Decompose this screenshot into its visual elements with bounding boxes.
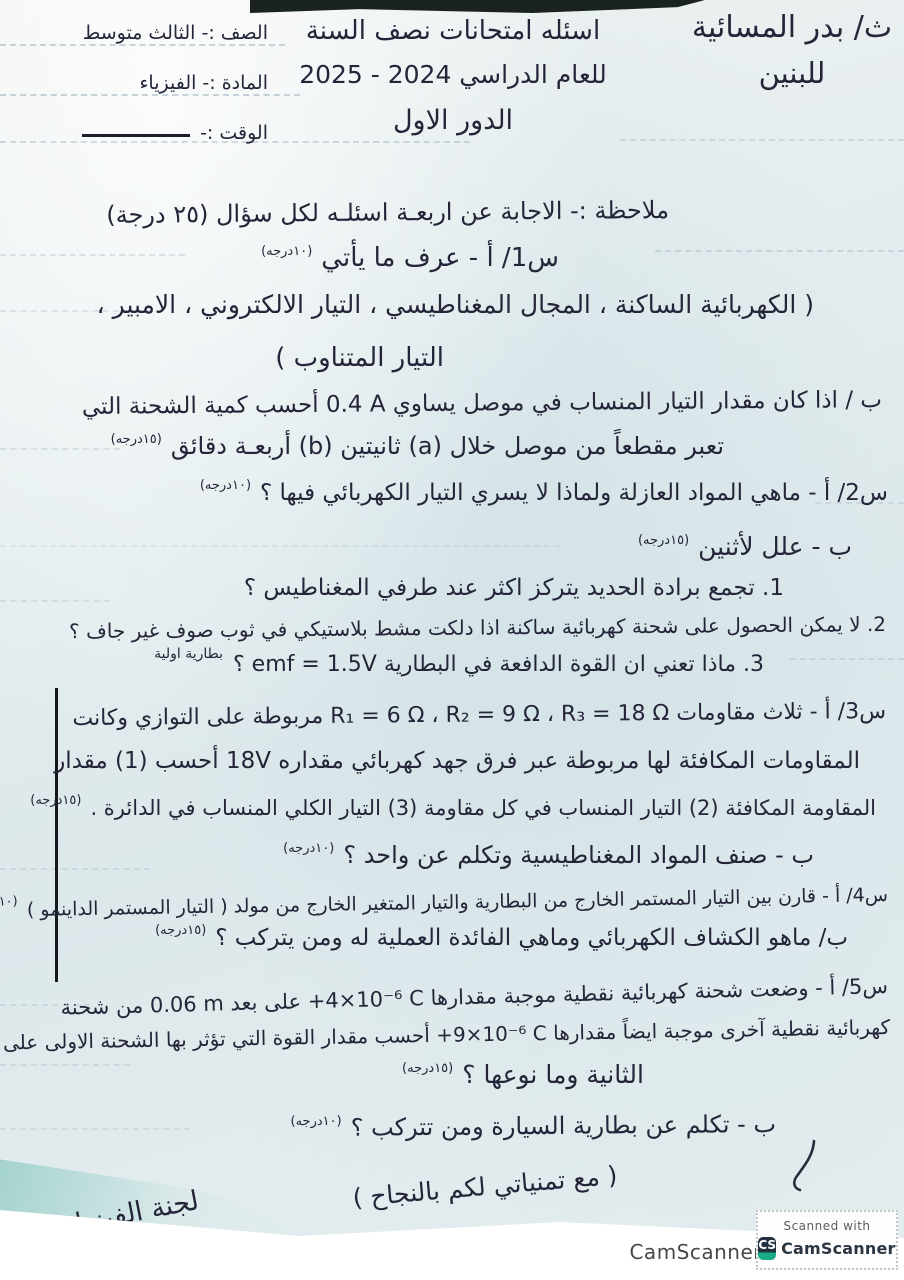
q2-b-text: ب - علل لأثنين	[698, 532, 852, 561]
exam-title-block: اسئله امتحانات نصف السنة للعام الدراسي 2…	[288, 16, 618, 136]
q5-part-a-line1: س5/ أ - وضعت شحنة كهربائية نقطية موجبة م…	[0, 975, 888, 1020]
q4-a-marks: (١٠درجه)	[0, 895, 18, 911]
q5-a-text: الثانية وما نوعها ؟	[462, 1060, 644, 1089]
paper-fold-shade	[0, 1128, 340, 1240]
exam-round: الدور الاول	[288, 105, 618, 136]
q3-b-marks: (١٠درجه)	[283, 841, 334, 856]
q1-part-b-line2: تعبر مقطعاً من موصل خلال (a) ثانيتين (b)…	[0, 434, 724, 459]
exam-info-fields: الصف :- الثالث متوسط المادة :- الفيزياء …	[18, 22, 268, 172]
scanned-with-label: Scanned with	[764, 1219, 890, 1233]
q3-part-a-line1: س3/ أ - ثلاث مقاومات ‎R₁ = 6 Ω‎ ، ‎R₂ = …	[0, 700, 886, 731]
subject-field: المادة :- الفيزياء	[18, 72, 268, 94]
q2-b-item-3-text: 3. ماذا تعني ان القوة الدافعة في البطاري…	[233, 652, 764, 677]
scanned-page: ث/ بدر المسائية للبنين اسئله امتحانات نص…	[0, 0, 904, 1280]
q3-part-b: ب - صنف المواد المغناطيسية وتكلم عن واحد…	[0, 843, 814, 868]
exam-body: ملاحظة :- الاجابة عن اربعـة اسئلـه لكل س…	[0, 192, 904, 1137]
q3-a-text: المقاومة المكافئة (2) التيار المنساب في …	[90, 796, 876, 820]
note-line: ملاحظة :- الاجابة عن اربعـة اسئلـه لكل س…	[0, 198, 669, 229]
q1-b-marks: (١٥درجه)	[111, 432, 162, 447]
q2-b-marks: (١٥درجه)	[638, 533, 689, 548]
exam-paper: ث/ بدر المسائية للبنين اسئله امتحانات نص…	[0, 0, 904, 1240]
school-type: للبنين	[686, 58, 898, 88]
q5-part-a-line2: كهربائية نقطية آخرى موجبة ايضاً مقدارها …	[0, 1017, 890, 1054]
q3-a-marks: (١٥درجه)	[30, 793, 81, 808]
q1-b-text: تعبر مقطعاً من موصل خلال (a) ثانيتين (b)…	[171, 432, 724, 460]
q2-b-item-2: 2. لا يمكن الحصول على شحنة كهربائية ساكن…	[0, 614, 886, 643]
q1-part-a: س1/ أ - عرف ما يأتي(١٠درجه)	[0, 245, 559, 272]
q4-b-text: ب/ ماهو الكشاف الكهربائي وماهي الفائدة ا…	[215, 925, 848, 951]
q1-part-b-line1: ب / اذا كان مقدار التيار المنساب في موصل…	[0, 388, 882, 420]
q4-part-b: ب/ ماهو الكشاف الكهربائي وماهي الفائدة ا…	[0, 926, 848, 950]
school-name-block: ث/ بدر المسائية للبنين	[686, 12, 898, 88]
q4-a-text: س4/ أ - قارن بين التيار المستمر الخارج م…	[27, 884, 889, 921]
camscanner-brand: CamScanner	[781, 1239, 896, 1258]
q4-part-a: س4/ أ - قارن بين التيار المستمر الخارج م…	[0, 886, 888, 921]
school-name: ث/ بدر المسائية	[686, 12, 898, 44]
q4-b-marks: (١٥درجه)	[155, 923, 206, 938]
camscanner-badge: Scanned with CS CamScanner	[756, 1210, 898, 1270]
camscanner-watermark: CamScanner	[629, 1240, 762, 1264]
success-wish: ( مع تمنياتي لكم بالنجاح )	[319, 1158, 650, 1216]
q2-b-item-1: 1. تجمع برادة الحديد يتركز اكثر عند طرفي…	[0, 576, 784, 600]
q5-b-marks: (١٠درجه)	[290, 1114, 341, 1129]
q2-part-a: س2/ أ - ماهي المواد العازلة ولماذا لا يس…	[0, 481, 888, 505]
pen-scribble	[790, 1138, 820, 1198]
q2-b-item-3: 3. ماذا تعني ان القوة الدافعة في البطاري…	[0, 653, 764, 676]
q1-a-terms-line2: التيار المتناوب )	[0, 345, 444, 372]
q5-a-marks: (١٥درجه)	[402, 1061, 453, 1076]
camscanner-logo-icon: CS	[758, 1237, 776, 1260]
q2-b-item-3-hint: بطارية اولية	[154, 646, 223, 662]
q3-part-a-line2: المقاومات المكافئة لها مربوطة عبر فرق جه…	[0, 749, 860, 773]
q3-b-text: ب - صنف المواد المغناطيسية وتكلم عن واحد…	[343, 841, 814, 869]
q1-a-marks: (١٠درجه)	[261, 244, 312, 259]
q3-part-a-line3: المقاومة المكافئة (2) التيار المنساب في …	[0, 797, 876, 819]
q2-part-b: ب - علل لأثنين(١٥درجه)	[0, 534, 852, 560]
q5-b-text: ب - تكلم عن بطارية السيارة ومن تتركب ؟	[351, 1110, 776, 1142]
q2-a-text: س2/ أ - ماهي المواد العازلة ولماذا لا يس…	[260, 480, 888, 506]
time-label: الوقت :-	[200, 122, 268, 144]
q2-a-marks: (١٠درجه)	[200, 478, 251, 493]
ruled-line	[620, 139, 904, 141]
q5-part-a-line3: الثانية وما نوعها ؟(١٥درجه)	[0, 1062, 644, 1088]
q1-a-terms-line1: ( الكهربائية الساكنة ، المجال المغناطيسي…	[0, 292, 814, 318]
time-dash	[82, 134, 190, 137]
exam-title: اسئله امتحانات نصف السنة	[288, 16, 618, 46]
q1-a-text: س1/ أ - عرف ما يأتي	[321, 243, 559, 273]
academic-year: للعام الدراسي 2024 - 2025	[288, 60, 618, 89]
time-field: الوقت :-	[18, 122, 268, 144]
q5-part-b: ب - تكلم عن بطارية السيارة ومن تتركب ؟(١…	[0, 1112, 776, 1144]
class-field: الصف :- الثالث متوسط	[18, 22, 268, 44]
